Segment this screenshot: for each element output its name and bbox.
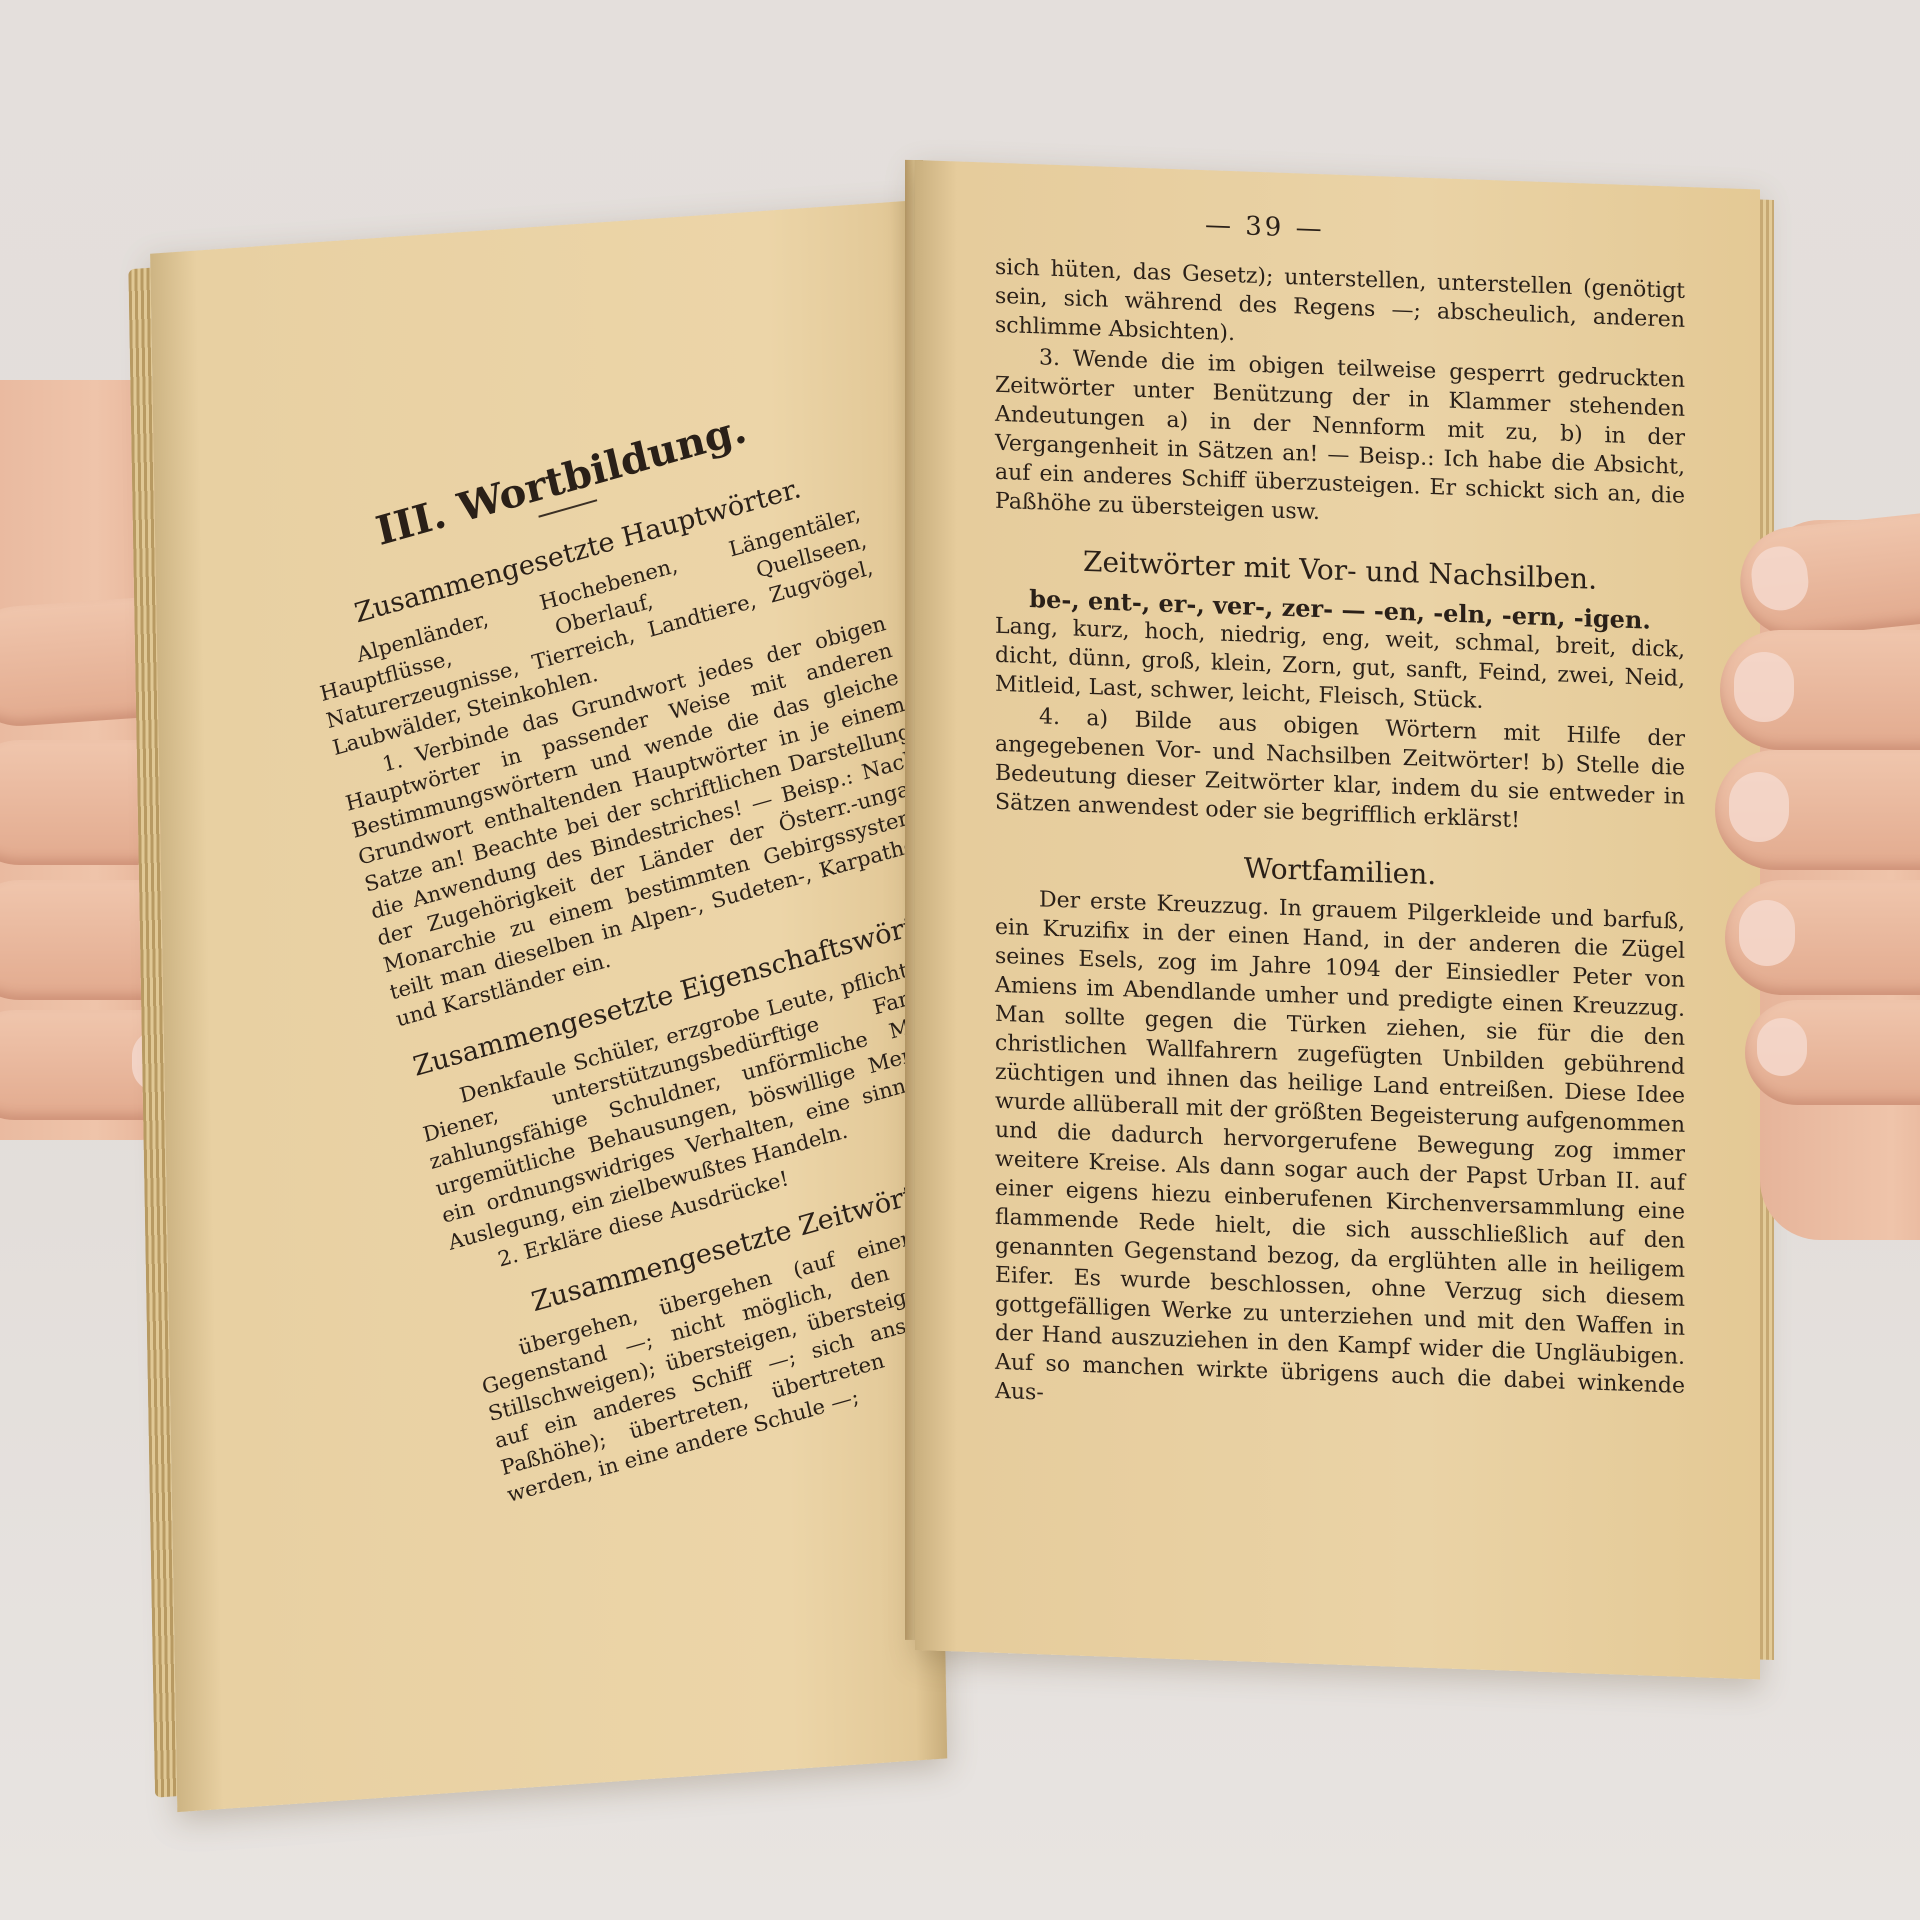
right-hand-finger: [1720, 630, 1920, 750]
page-number: — 39 —: [1205, 210, 1325, 244]
right-hand-finger: [1725, 880, 1920, 995]
photo-scene: III. Wortbildung. Zusammengesetzte Haupt…: [0, 0, 1920, 1920]
right-page-body: sich hüten, das Gesetz); unterstellen, u…: [995, 253, 1685, 1432]
right-hand-finger: [1745, 1000, 1920, 1105]
right-page: — 39 — sich hüten, das Gesetz); unterste…: [915, 160, 1760, 1680]
right-hand-finger: [1715, 750, 1920, 870]
exercise-3: 3. Wende die im obigen teilweise gesperr…: [995, 342, 1685, 540]
left-page: III. Wortbildung. Zusammengesetzte Haupt…: [150, 200, 947, 1812]
paragraph: Der erste Kreuzzug. In grauem Pilgerklei…: [995, 884, 1685, 1430]
exercise-4: 4. a) Bilde aus obigen Wörtern mit Hilfe…: [995, 701, 1685, 841]
